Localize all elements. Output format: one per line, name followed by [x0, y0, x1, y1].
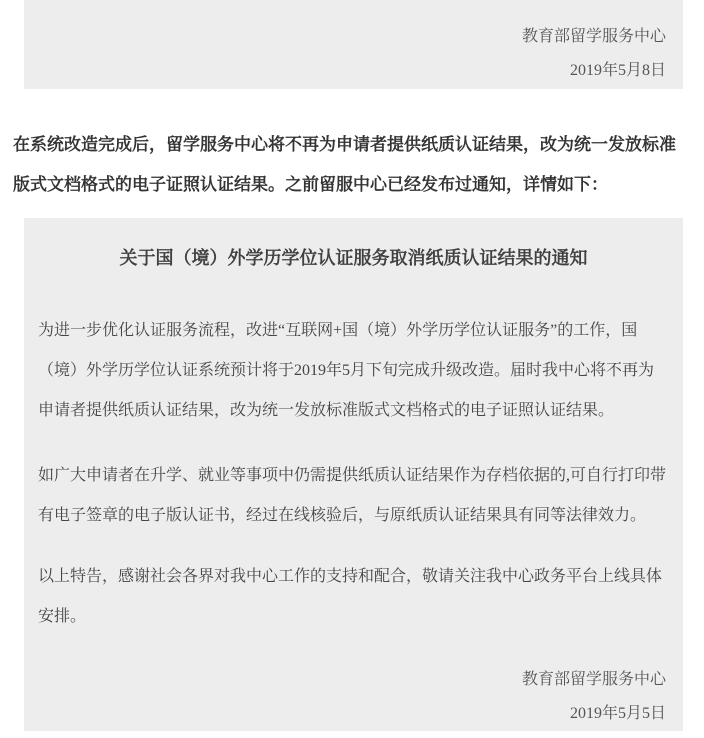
header-signature-block: 教育部留学服务中心 2019年5月8日 — [24, 0, 683, 89]
notice-page: 教育部留学服务中心 2019年5月8日 在系统改造完成后，留学服务中心将不再为申… — [0, 0, 704, 738]
notice-body-block: 关于国（境）外学历学位认证服务取消纸质认证结果的通知 为进一步优化认证服务流程，… — [24, 218, 683, 731]
notice-signature-org: 教育部留学服务中心 — [38, 663, 669, 697]
notice-paragraph-3: 以上特告，感谢社会各界对我中心工作的支持和配合，敬请关注我中心政务平台上线具体安… — [38, 557, 669, 637]
notice-paragraph-1: 为进一步优化认证服务流程，改进“互联网+国（境）外学历学位认证服务”的工作，国（… — [38, 311, 669, 431]
header-org: 教育部留学服务中心 — [41, 20, 666, 54]
notice-paragraph-2: 如广大申请者在升学、就业等事项中仍需提供纸质认证结果作为存档依据的,可自行打印带… — [38, 456, 669, 536]
intro-paragraph: 在系统改造完成后，留学服务中心将不再为申请者提供纸质认证结果，改为统一发放标准版… — [13, 125, 690, 205]
notice-signature-date: 2019年5月5日 — [38, 697, 669, 731]
notice-title: 关于国（境）外学历学位认证服务取消纸质认证结果的通知 — [38, 248, 669, 268]
header-date: 2019年5月8日 — [41, 54, 666, 88]
